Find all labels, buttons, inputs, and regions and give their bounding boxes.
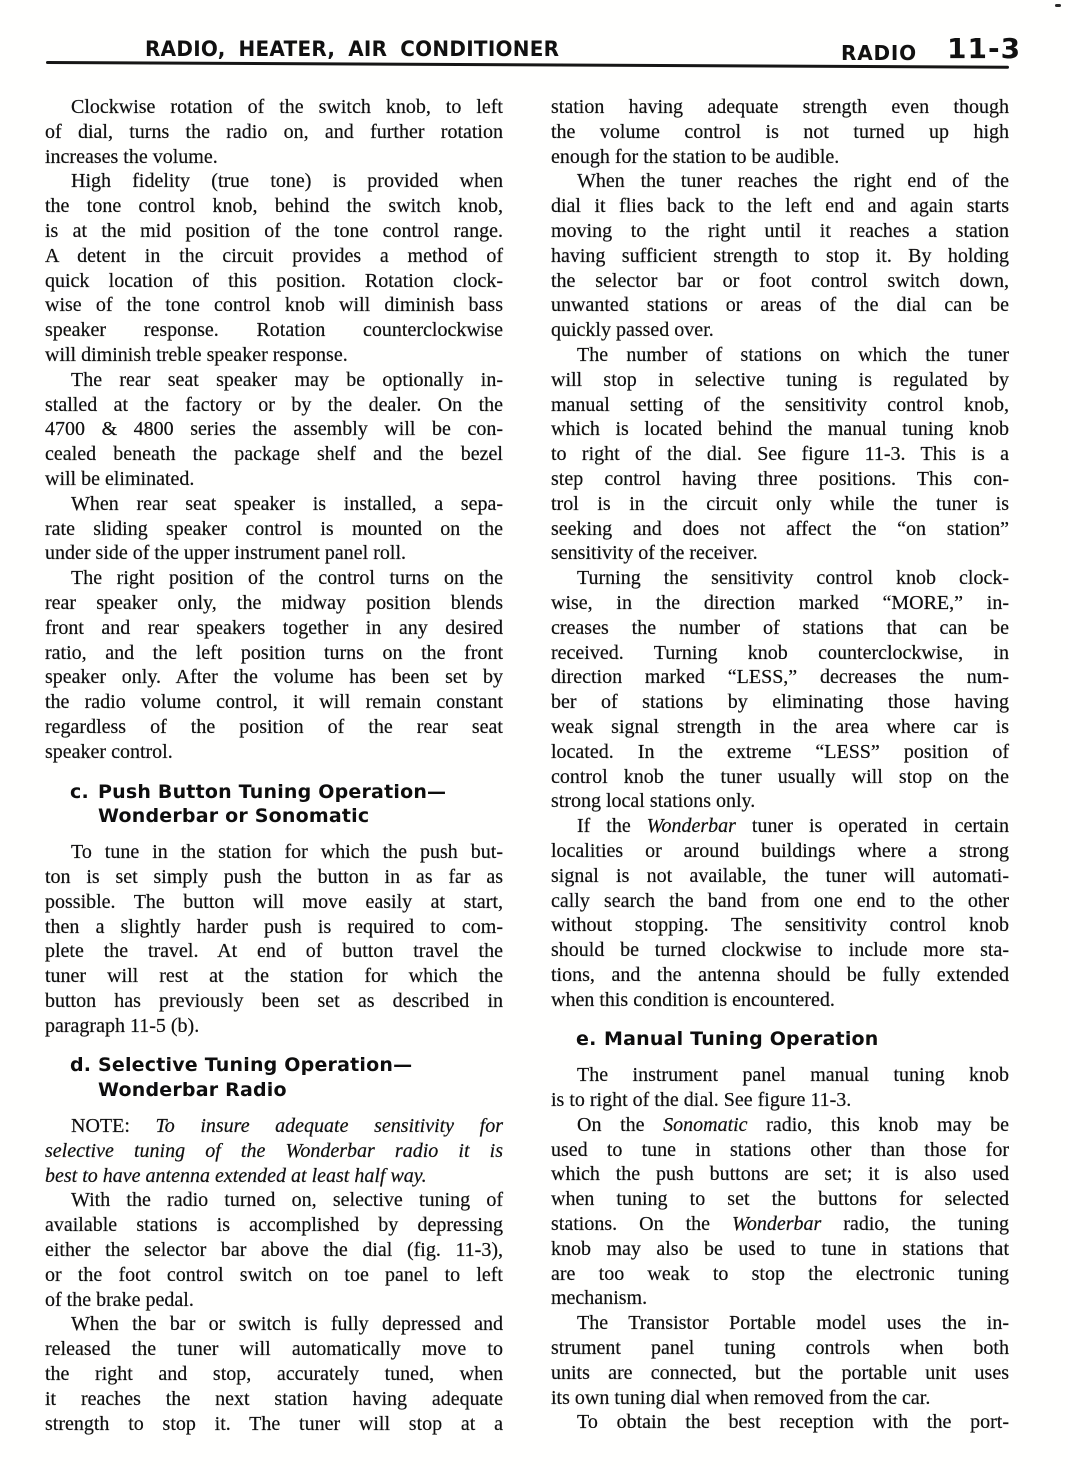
text-line: should be turned clockwise to include mo…: [551, 938, 1009, 963]
text-run: speaker response. Rotation counterclockw…: [45, 319, 503, 341]
text-line: selective tuning of the Wonderbar radio …: [45, 1139, 503, 1164]
text-line: moving to the right until it reaches a s…: [551, 219, 1009, 244]
italic-text: Sonomatic: [663, 1114, 747, 1136]
paragraph: The instrument panel manual tuning knobi…: [551, 1063, 1009, 1113]
header-page-number: 11-3: [947, 32, 1021, 65]
text-run: To obtain the best reception with the po…: [577, 1411, 1009, 1433]
text-line: ber of stations by eliminating those hav…: [551, 690, 1009, 715]
text-line: will be eliminated.: [45, 467, 503, 492]
text-line: The number of stations on which the tune…: [551, 343, 1009, 368]
text-run: If the: [577, 815, 647, 837]
text-line: NOTE: To insure adequate sensitivity for: [45, 1114, 503, 1139]
text-line: cally search the band from one end to th…: [551, 889, 1009, 914]
text-line: of the brake pedal.: [45, 1288, 503, 1313]
text-line: speaker response. Rotation counterclockw…: [45, 318, 503, 343]
text-run: strength to stop it. The tuner will stop…: [45, 1413, 503, 1435]
text-run: increases the volume.: [45, 146, 218, 168]
text-run: When rear seat speaker is installed, a s…: [71, 493, 503, 515]
text-run: when this condition is encountered.: [551, 989, 835, 1011]
text-run: localities or around buildings where a s…: [551, 840, 1009, 862]
text-run: rear speaker only, the midway position b…: [45, 592, 503, 614]
paragraph: The number of stations on which the tune…: [551, 343, 1009, 566]
paragraph: Clockwise rotation of the switch knob, t…: [45, 95, 503, 169]
text-line: tuner will rest at the station for which…: [45, 964, 503, 989]
text-line: plete the travel. At end of button trave…: [45, 939, 503, 964]
paragraph: The Transistor Portable model uses the i…: [551, 1311, 1009, 1410]
text-line: rate sliding speaker control is mounted …: [45, 517, 503, 542]
heading-line: Wonderbar Radio: [98, 1078, 503, 1103]
text-line: the volume control is not turned up high: [551, 120, 1009, 145]
text-line: speaker only. After the volume has been …: [45, 665, 503, 690]
text-line: wise, in the direction marked “MORE,” in…: [551, 591, 1009, 616]
text-run: To tune in the station for which the pus…: [71, 841, 503, 863]
text-run: control knob the tuner usually will stop…: [551, 766, 1009, 788]
text-line: cealed beneath the package shelf and the…: [45, 442, 503, 467]
text-run: it reaches the next station having adequ…: [45, 1388, 503, 1410]
text-run: of dial, turns the radio on, and further…: [45, 121, 503, 143]
text-line: The right position of the control turns …: [45, 566, 503, 591]
text-line: sensitivity of the receiver.: [551, 541, 1009, 566]
text-run: or the foot control switch on toe panel …: [45, 1264, 503, 1286]
text-line: manual setting of the sensitivity contro…: [551, 393, 1009, 418]
text-run: When the bar or switch is fully depresse…: [71, 1313, 503, 1335]
text-run: The right position of the control turns …: [71, 567, 503, 589]
text-run: mechanism.: [551, 1287, 647, 1309]
text-line: under side of the upper instrument panel…: [45, 541, 503, 566]
text-run: speaker only. After the volume has been …: [45, 666, 503, 688]
text-line: dial it flies back to the left end and a…: [551, 194, 1009, 219]
text-run: Clockwise rotation of the switch knob, t…: [71, 96, 503, 118]
text-line: will stop in selective tuning is regulat…: [551, 368, 1009, 393]
text-line: the radio volume control, it will remain…: [45, 690, 503, 715]
text-line: stations. On the Wonderbar radio, the tu…: [551, 1212, 1009, 1237]
text-run: button has previously been set as descri…: [45, 990, 503, 1012]
text-line: The Transistor Portable model uses the i…: [551, 1311, 1009, 1336]
text-line: If the Wonderbar tuner is operated in ce…: [551, 814, 1009, 839]
text-run: speaker control.: [45, 741, 173, 763]
text-line: signal is not available, the tuner will …: [551, 864, 1009, 889]
text-line: trol is in the circuit only while the tu…: [551, 492, 1009, 517]
section-letter: d.: [70, 1053, 91, 1078]
text-run: under side of the upper instrument panel…: [45, 542, 406, 564]
text-run: is at the mid position of the tone contr…: [45, 220, 503, 242]
heading-line: Manual Tuning Operation: [604, 1027, 1009, 1052]
paragraph: The right position of the control turns …: [45, 566, 503, 764]
text-line: regardless of the position of the rear s…: [45, 715, 503, 740]
text-line: Turning the sensitivity control knob clo…: [551, 566, 1009, 591]
text-run: the volume control is not turned up high: [551, 121, 1009, 143]
text-run: strong local stations only.: [551, 790, 755, 812]
manual-page: RADIO, HEATER, AIR CONDITIONER RADIO 11-…: [0, 0, 1068, 1466]
text-run: step control having three positions. Thi…: [551, 468, 1009, 490]
text-line: quickly passed over.: [551, 318, 1009, 343]
text-line: the selector bar or foot control switch …: [551, 269, 1009, 294]
text-run: the radio volume control, it will remain…: [45, 691, 503, 713]
section-letter: c.: [70, 780, 89, 805]
text-run: of the brake pedal.: [45, 1289, 194, 1311]
text-run: creases the number of stations that can …: [551, 617, 1009, 639]
text-run: enough for the station to be audible.: [551, 146, 839, 168]
text-line: it reaches the next station having adequ…: [45, 1387, 503, 1412]
text-line: 4700 & 4800 series the assembly will be …: [45, 417, 503, 442]
italic-text: best to have antenna extended at least h…: [45, 1165, 427, 1187]
italic-text: Wonderbar: [732, 1213, 821, 1235]
text-run: quickly passed over.: [551, 319, 714, 341]
paragraph: Turning the sensitivity control knob clo…: [551, 566, 1009, 814]
text-line: released the tuner will automatically mo…: [45, 1337, 503, 1362]
text-line: are too weak to stop the electronic tuni…: [551, 1262, 1009, 1287]
note-paragraph: NOTE: To insure adequate sensitivity for…: [45, 1114, 503, 1188]
text-run: used to tune in stations other than thos…: [551, 1139, 1009, 1161]
text-run: tuner is operated in certain: [736, 815, 1009, 837]
text-run: rate sliding speaker control is mounted …: [45, 518, 503, 540]
heading-line: Wonderbar or Sonomatic: [98, 804, 503, 829]
text-run: tions, and the antenna should be fully e…: [551, 964, 1009, 986]
text-line: station having adequate strength even th…: [551, 95, 1009, 120]
text-run: weak signal strength in the area where c…: [551, 716, 1009, 738]
text-run: station having adequate strength even th…: [551, 96, 1009, 118]
text-line: tions, and the antenna should be fully e…: [551, 963, 1009, 988]
left-text-column: Clockwise rotation of the switch knob, t…: [45, 95, 503, 1436]
text-run: should be turned clockwise to include mo…: [551, 939, 1009, 961]
text-run: On the: [577, 1114, 663, 1136]
text-line: speaker control.: [45, 740, 503, 765]
section-heading: d.Selective Tuning Operation—Wonderbar R…: [45, 1053, 503, 1103]
text-run: quick location of this position. Rotatio…: [45, 270, 503, 292]
text-run: cealed beneath the package shelf and the…: [45, 443, 503, 465]
text-line: Clockwise rotation of the switch knob, t…: [45, 95, 503, 120]
text-run: the right and stop, accurately tuned, wh…: [45, 1363, 503, 1385]
text-line: When the tuner reaches the right end of …: [551, 169, 1009, 194]
text-run: cally search the band from one end to th…: [551, 890, 1009, 912]
paragraph: The rear seat speaker may be optionally …: [45, 368, 503, 492]
text-line: of dial, turns the radio on, and further…: [45, 120, 503, 145]
text-line: stalled at the factory or by the dealer.…: [45, 393, 503, 418]
text-line: having sufficient strength to stop it. B…: [551, 244, 1009, 269]
text-run: knob may also be used to tune in station…: [551, 1238, 1009, 1260]
text-line: will diminish treble speaker response.: [45, 343, 503, 368]
text-run: A detent in the circuit provides a metho…: [45, 245, 503, 267]
text-run: 4700 & 4800 series the assembly will be …: [45, 418, 503, 440]
text-run: tuner will rest at the station for which…: [45, 965, 503, 987]
text-run: NOTE:: [71, 1115, 155, 1137]
text-run: is to right of the dial. See figure 11-3…: [551, 1089, 851, 1111]
text-line: weak signal strength in the area where c…: [551, 715, 1009, 740]
heading-line: Selective Tuning Operation—: [98, 1053, 503, 1078]
text-run: With the radio turned on, selective tuni…: [71, 1189, 503, 1211]
paragraph: On the Sonomatic radio, this knob may be…: [551, 1113, 1009, 1311]
text-run: stations. On the: [551, 1213, 732, 1235]
text-line: located. In the extreme “LESS” position …: [551, 740, 1009, 765]
text-line: The rear seat speaker may be optionally …: [45, 368, 503, 393]
paragraph: station having adequate strength even th…: [551, 95, 1009, 169]
text-run: without stopping. The sensitivity contro…: [551, 914, 1009, 936]
text-run: will be eliminated.: [45, 468, 194, 490]
text-line: enough for the station to be audible.: [551, 145, 1009, 170]
text-line: which is located behind the manual tunin…: [551, 417, 1009, 442]
text-run: which the push buttons are set; it is al…: [551, 1163, 1009, 1185]
text-run: trol is in the circuit only while the tu…: [551, 493, 1009, 515]
text-line: strument panel tuning controls when both: [551, 1336, 1009, 1361]
heading-line: Push Button Tuning Operation—: [98, 780, 503, 805]
text-run: when tuning to set the buttons for selec…: [551, 1188, 1009, 1210]
text-line: is to right of the dial. See figure 11-3…: [551, 1088, 1009, 1113]
text-run: When the tuner reaches the right end of …: [577, 170, 1009, 192]
text-line: strong local stations only.: [551, 789, 1009, 814]
text-run: possible. The button will move easily at…: [45, 891, 503, 913]
text-run: located. In the extreme “LESS” position …: [551, 741, 1009, 763]
text-line: quick location of this position. Rotatio…: [45, 269, 503, 294]
text-run: ber of stations by eliminating those hav…: [551, 691, 1009, 713]
text-run: will stop in selective tuning is regulat…: [551, 369, 1009, 391]
text-line: strength to stop it. The tuner will stop…: [45, 1412, 503, 1437]
text-line: control knob the tuner usually will stop…: [551, 765, 1009, 790]
section-heading: e.Manual Tuning Operation: [551, 1027, 1009, 1052]
text-run: then a slightly harder push is required …: [45, 916, 503, 938]
text-line: direction marked “LESS,” decreases the n…: [551, 665, 1009, 690]
text-line: the right and stop, accurately tuned, wh…: [45, 1362, 503, 1387]
section-heading: c.Push Button Tuning Operation—Wonderbar…: [45, 780, 503, 830]
text-line: localities or around buildings where a s…: [551, 839, 1009, 864]
text-line: To tune in the station for which the pus…: [45, 840, 503, 865]
text-line: unwanted stations or areas of the dial c…: [551, 293, 1009, 318]
text-line: when this condition is encountered.: [551, 988, 1009, 1013]
text-line: the tone control knob, behind the switch…: [45, 194, 503, 219]
text-line: paragraph 11-5 (b).: [45, 1014, 503, 1039]
text-run: sensitivity of the receiver.: [551, 542, 758, 564]
text-run: either the selector bar above the dial (…: [45, 1239, 503, 1261]
right-text-column: station having adequate strength even th…: [551, 95, 1009, 1435]
text-line: is at the mid position of the tone contr…: [45, 219, 503, 244]
text-run: available stations is accomplished by de…: [45, 1214, 503, 1236]
paragraph: When rear seat speaker is installed, a s…: [45, 492, 503, 566]
text-run: received. Turning knob counterclockwise,…: [551, 642, 1009, 664]
text-run: direction marked “LESS,” decreases the n…: [551, 666, 1009, 688]
text-line: or the foot control switch on toe panel …: [45, 1263, 503, 1288]
paragraph: If the Wonderbar tuner is operated in ce…: [551, 814, 1009, 1012]
text-run: Turning the sensitivity control knob clo…: [577, 567, 1009, 589]
text-run: are too weak to stop the electronic tuni…: [551, 1263, 1009, 1285]
italic-text: selective tuning of the Wonderbar radio …: [45, 1140, 503, 1162]
text-line: When the bar or switch is fully depresse…: [45, 1312, 503, 1337]
text-run: High fidelity (true tone) is provided wh…: [71, 170, 503, 192]
text-run: regardless of the position of the rear s…: [45, 716, 503, 738]
text-run: having sufficient strength to stop it. B…: [551, 245, 1009, 267]
text-run: dial it flies back to the left end and a…: [551, 195, 1009, 217]
text-line: its own tuning dial when removed from th…: [551, 1386, 1009, 1411]
header-section-label: RADIO: [841, 41, 917, 65]
text-line: ratio, and the left position turns on th…: [45, 641, 503, 666]
text-line: received. Turning knob counterclockwise,…: [551, 641, 1009, 666]
text-line: ton is set simply push the button in as …: [45, 865, 503, 890]
text-run: The number of stations on which the tune…: [577, 344, 1009, 366]
text-run: moving to the right until it reaches a s…: [551, 220, 1009, 242]
text-run: radio, the tuning: [821, 1213, 1009, 1235]
text-line: possible. The button will move easily at…: [45, 890, 503, 915]
text-run: ratio, and the left position turns on th…: [45, 642, 503, 664]
text-run: wise, in the direction marked “MORE,” in…: [551, 592, 1009, 614]
paragraph: With the radio turned on, selective tuni…: [45, 1188, 503, 1312]
text-run: radio, this knob may be: [748, 1114, 1009, 1136]
text-line: units are connected, but the portable un…: [551, 1361, 1009, 1386]
text-line: which the push buttons are set; it is al…: [551, 1162, 1009, 1187]
text-run: unwanted stations or areas of the dial c…: [551, 294, 1009, 316]
text-line: On the Sonomatic radio, this knob may be: [551, 1113, 1009, 1138]
text-line: to right of the dial. See figure 11-3. T…: [551, 442, 1009, 467]
text-run: signal is not available, the tuner will …: [551, 865, 1009, 887]
italic-text: Wonderbar: [647, 815, 736, 837]
text-line: button has previously been set as descri…: [45, 989, 503, 1014]
text-line: The instrument panel manual tuning knob: [551, 1063, 1009, 1088]
text-line: without stopping. The sensitivity contro…: [551, 913, 1009, 938]
text-run: strument panel tuning controls when both: [551, 1337, 1009, 1359]
text-line: step control having three positions. Thi…: [551, 467, 1009, 492]
text-line: A detent in the circuit provides a metho…: [45, 244, 503, 269]
paragraph: When the tuner reaches the right end of …: [551, 169, 1009, 343]
scan-artifact: [1055, 4, 1061, 7]
text-run: The instrument panel manual tuning knob: [577, 1064, 1009, 1086]
text-line: available stations is accomplished by de…: [45, 1213, 503, 1238]
text-line: creases the number of stations that can …: [551, 616, 1009, 641]
paragraph: When the bar or switch is fully depresse…: [45, 1312, 503, 1436]
text-run: to right of the dial. See figure 11-3. T…: [551, 443, 1009, 465]
section-letter: e.: [576, 1027, 597, 1052]
text-line: either the selector bar above the dial (…: [45, 1238, 503, 1263]
text-line: When rear seat speaker is installed, a s…: [45, 492, 503, 517]
text-run: the tone control knob, behind the switch…: [45, 195, 503, 217]
text-line: wise of the tone control knob will dimin…: [45, 293, 503, 318]
text-run: paragraph 11-5 (b).: [45, 1015, 199, 1037]
text-line: With the radio turned on, selective tuni…: [45, 1188, 503, 1213]
paragraph: High fidelity (true tone) is provided wh…: [45, 169, 503, 367]
text-run: plete the travel. At end of button trave…: [45, 940, 503, 962]
text-line: seeking and does not affect the “on stat…: [551, 517, 1009, 542]
text-run: which is located behind the manual tunin…: [551, 418, 1009, 440]
text-line: best to have antenna extended at least h…: [45, 1164, 503, 1189]
text-line: rear speaker only, the midway position b…: [45, 591, 503, 616]
text-run: The rear seat speaker may be optionally …: [71, 369, 503, 391]
text-run: released the tuner will automatically mo…: [45, 1338, 503, 1360]
paragraph: To obtain the best reception with the po…: [551, 1410, 1009, 1435]
page-header-title: RADIO, HEATER, AIR CONDITIONER: [145, 37, 559, 61]
text-run: its own tuning dial when removed from th…: [551, 1387, 930, 1409]
text-run: wise of the tone control knob will dimin…: [45, 294, 503, 316]
text-line: mechanism.: [551, 1286, 1009, 1311]
italic-text: To insure adequate sensitivity for: [155, 1115, 503, 1137]
text-run: ton is set simply push the button in as …: [45, 866, 503, 888]
text-line: then a slightly harder push is required …: [45, 915, 503, 940]
text-run: The Transistor Portable model uses the i…: [577, 1312, 1009, 1334]
text-line: To obtain the best reception with the po…: [551, 1410, 1009, 1435]
text-line: front and rear speakers together in any …: [45, 616, 503, 641]
text-run: seeking and does not affect the “on stat…: [551, 518, 1009, 540]
text-run: will diminish treble speaker response.: [45, 344, 348, 366]
text-run: the selector bar or foot control switch …: [551, 270, 1009, 292]
text-run: units are connected, but the portable un…: [551, 1362, 1009, 1384]
text-line: High fidelity (true tone) is provided wh…: [45, 169, 503, 194]
text-run: manual setting of the sensitivity contro…: [551, 394, 1009, 416]
text-line: knob may also be used to tune in station…: [551, 1237, 1009, 1262]
text-line: when tuning to set the buttons for selec…: [551, 1187, 1009, 1212]
text-line: increases the volume.: [45, 145, 503, 170]
text-run: front and rear speakers together in any …: [45, 617, 503, 639]
text-run: stalled at the factory or by the dealer.…: [45, 394, 503, 416]
paragraph: To tune in the station for which the pus…: [45, 840, 503, 1038]
text-line: used to tune in stations other than thos…: [551, 1138, 1009, 1163]
